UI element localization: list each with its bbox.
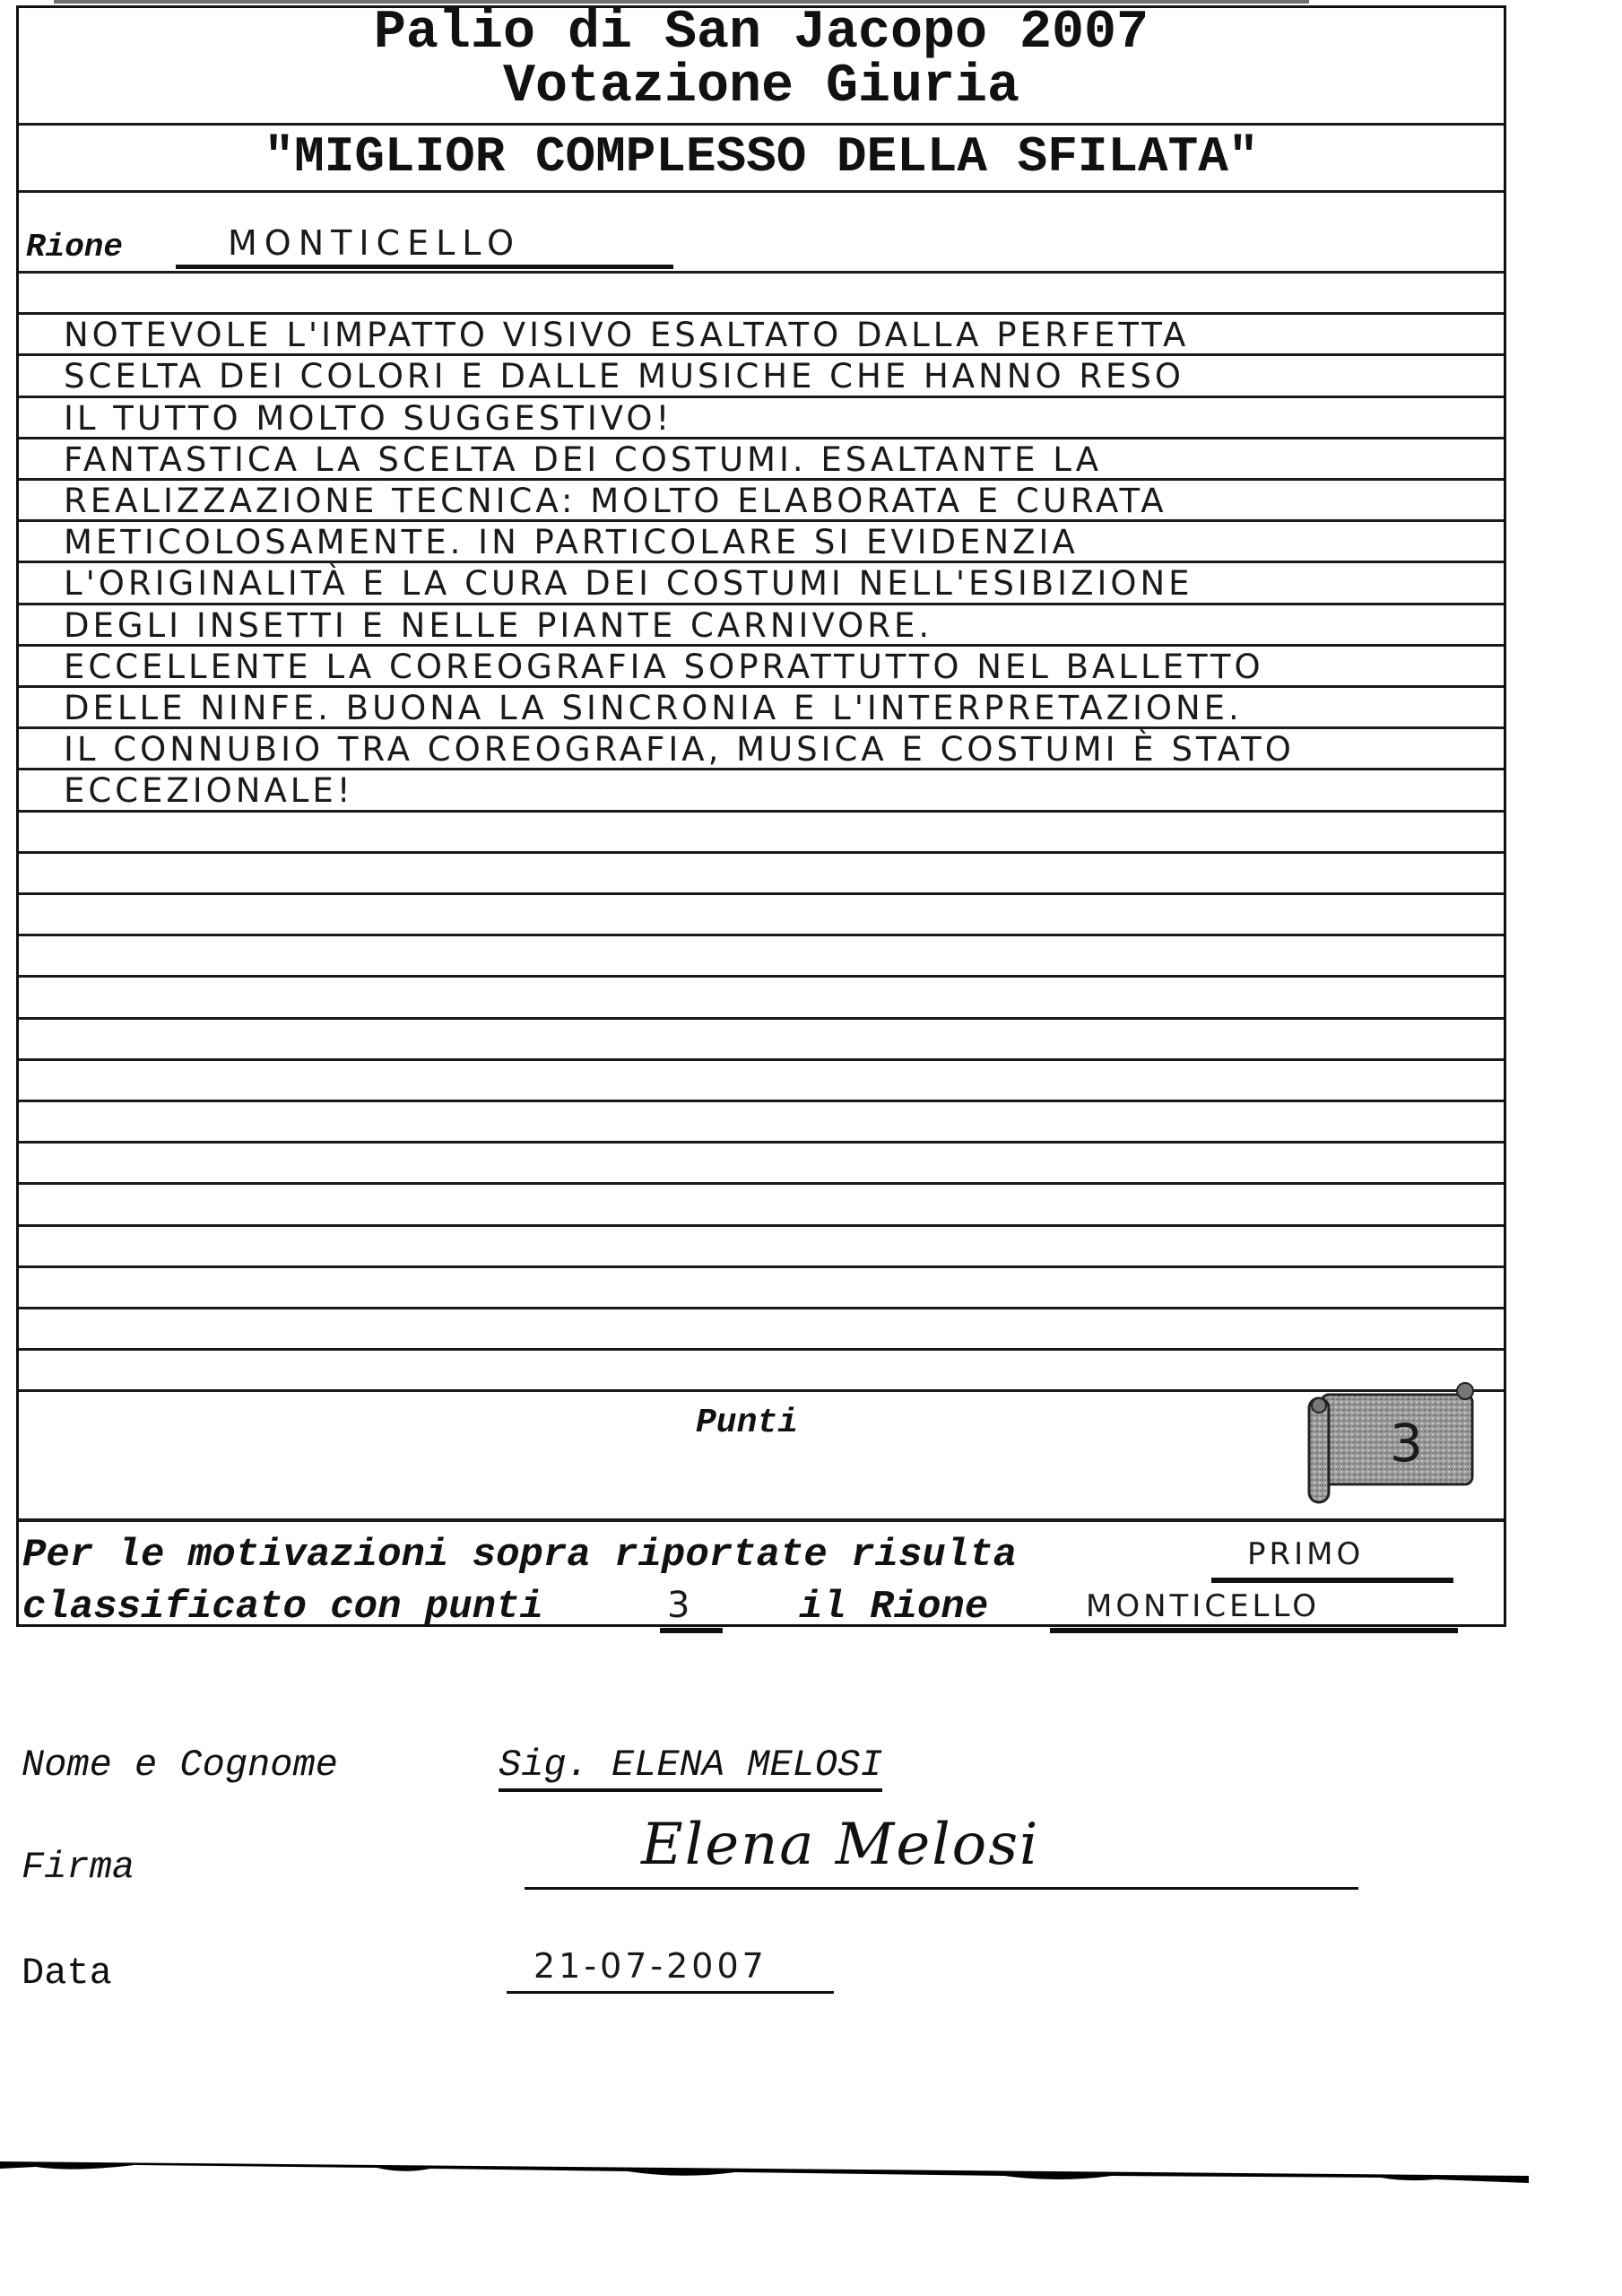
ruled-line [19, 1307, 1504, 1309]
comment-line: SCELTA DEI COLORI E DALLE MUSICHE CHE HA… [64, 357, 1184, 396]
comment-line: DEGLI INSETTI E NELLE PIANTE CARNIVORE. [64, 606, 932, 645]
ruled-line [19, 1100, 1504, 1102]
comment-line: ECCEZIONALE! [64, 771, 354, 810]
form-title: Palio di San Jacopo 2007 [19, 3, 1504, 64]
result-prefix-2: classificato con punti [22, 1585, 543, 1630]
result-prefix-1: Per le motivazioni sopra riportate risul… [22, 1533, 1017, 1578]
ruled-line [19, 1348, 1504, 1351]
rione-value: MONTICELLO [228, 223, 521, 263]
score-top-divider [19, 1389, 1504, 1392]
header-divider [19, 123, 1504, 126]
result-line-1: Per le motivazioni sopra riportate risul… [22, 1533, 1017, 1578]
signature-label: Firma [22, 1846, 134, 1889]
scan-artifact-bottom [0, 2152, 1542, 2188]
comment-line: METICOLOSAMENTE. IN PARTICOLARE SI EVIDE… [64, 523, 1079, 561]
form-subtitle: Votazione Giuria [19, 57, 1504, 117]
score-bottom-divider [19, 1518, 1504, 1522]
date-label: Data [22, 1952, 112, 1995]
result-rione-field[interactable]: MONTICELLO [1050, 1585, 1458, 1633]
signature-field[interactable]: Elena Melosi [525, 1821, 1358, 1890]
comment-line: L'ORIGINALITÀ E LA CURA DEI COSTUMI NELL… [64, 564, 1193, 603]
placement-value: PRIMO [1247, 1536, 1364, 1572]
jury-vote-form: Palio di San Jacopo 2007 Votazione Giuri… [16, 5, 1506, 1627]
comment-line: IL CONNUBIO TRA COREOGRAFIA, MUSICA E CO… [64, 730, 1295, 769]
signature-value: Elena Melosi [641, 1812, 1040, 1878]
ruled-line [19, 810, 1504, 813]
name-field[interactable]: Sig. ELENA MELOSI [499, 1744, 882, 1792]
ruled-line [19, 1141, 1504, 1144]
ruled-line [19, 1182, 1504, 1185]
result-rione-value: MONTICELLO [1086, 1588, 1320, 1624]
score-label: Punti [696, 1404, 798, 1442]
comment-line: IL TUTTO MOLTO SUGGESTIVO! [64, 399, 672, 438]
name-value: Sig. ELENA MELOSI [499, 1744, 882, 1787]
ruled-line [19, 892, 1504, 895]
result-rione-label: il Rione [799, 1585, 988, 1630]
ruled-line [19, 1224, 1504, 1227]
ruled-line [19, 396, 1504, 398]
comment-line: DELLE NINFE. BUONA LA SINCRONIA E L'INTE… [64, 689, 1243, 727]
points-field[interactable]: 3 [660, 1585, 723, 1633]
comment-line: NOTEVOLE L'IMPATTO VISIVO ESALTATO DALLA… [64, 316, 1189, 354]
scroll-icon[interactable]: 3 [1305, 1382, 1485, 1509]
rione-label: Rione [26, 229, 123, 265]
ruled-line [19, 975, 1504, 978]
ruled-line [19, 603, 1504, 605]
ruled-line [19, 934, 1504, 936]
ruled-line [19, 1017, 1504, 1020]
ruled-line [19, 312, 1504, 315]
rione-field[interactable]: MONTICELLO [176, 222, 673, 269]
rione-divider [19, 271, 1504, 274]
ruled-line [19, 1265, 1504, 1268]
date-value: 21-07-2007 [533, 1946, 768, 1986]
award-category: "MIGLIOR COMPLESSO DELLA SFILATA" [19, 128, 1504, 186]
points-value: 3 [667, 1585, 693, 1626]
placement-field[interactable]: PRIMO [1211, 1533, 1453, 1583]
result-line-2: classificato con punti [22, 1585, 543, 1630]
ruled-line [19, 851, 1504, 854]
date-field[interactable]: 21-07-2007 [507, 1946, 834, 1994]
comment-line: REALIZZAZIONE TECNICA: MOLTO ELABORATA E… [64, 482, 1167, 520]
category-divider [19, 190, 1504, 193]
name-label: Nome e Cognome [22, 1744, 338, 1787]
comment-line: ECCELLENTE LA COREOGRAFIA SOPRATTUTTO NE… [64, 648, 1264, 686]
comment-line: FANTASTICA LA SCELTA DEI COSTUMI. ESALTA… [64, 440, 1102, 479]
score-value: 3 [1390, 1413, 1427, 1474]
ruled-line [19, 1058, 1504, 1061]
